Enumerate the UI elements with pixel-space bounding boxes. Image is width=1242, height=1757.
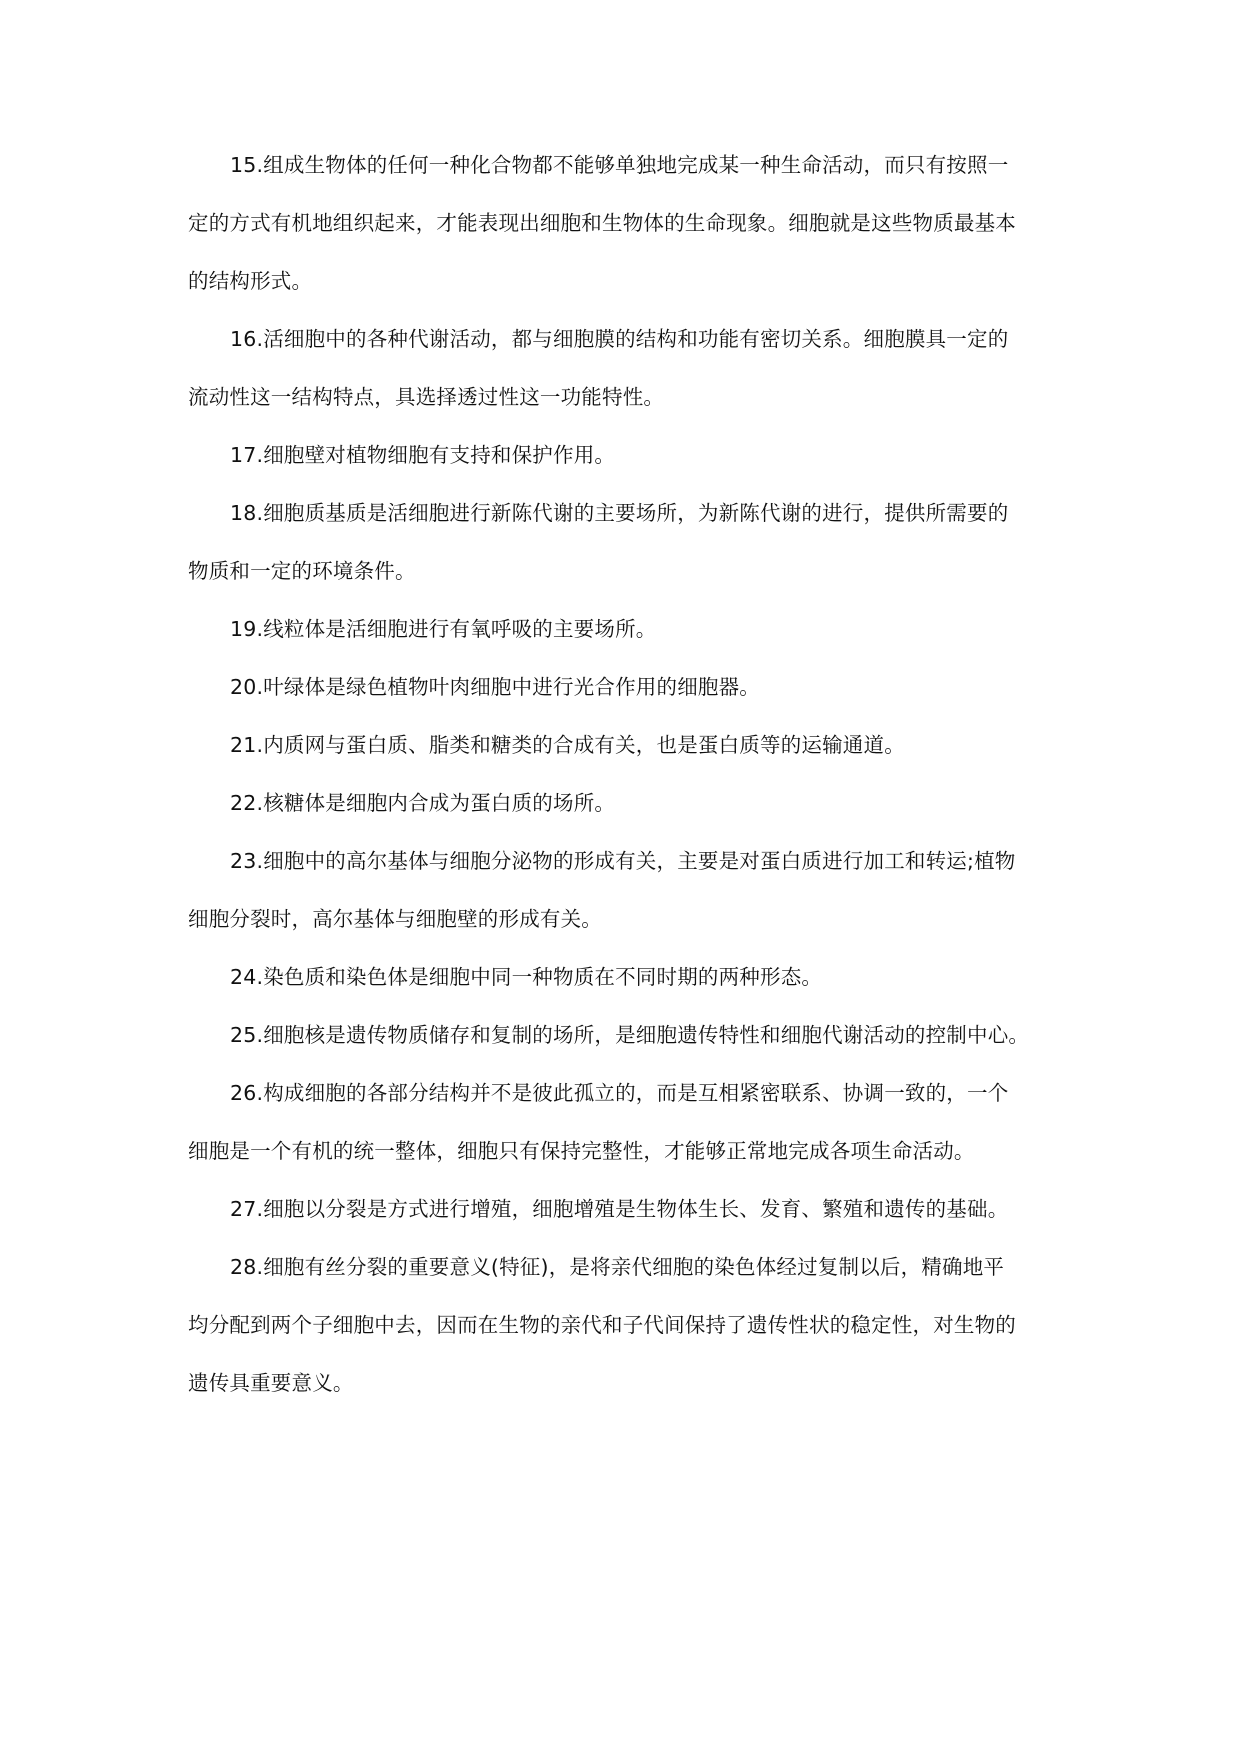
- paragraph-15-line-3: 的结构形式。: [188, 267, 312, 295]
- paragraph-22-line-1: 22.核糖体是细胞内合成为蛋白质的场所。: [230, 789, 615, 817]
- paragraph-24-line-1: 24.染色质和染色体是细胞中同一种物质在不同时期的两种形态。: [230, 963, 822, 991]
- paragraph-28-line-2: 均分配到两个子细胞中去，因而在生物的亲代和子代间保持了遗传性状的稳定性，对生物的: [188, 1311, 1016, 1339]
- paragraph-16-line-2: 流动性这一结构特点，具选择透过性这一功能特性。: [188, 383, 664, 411]
- paragraph-15-line-1: 15.组成生物体的任何一种化合物都不能够单独地完成某一种生命活动，而只有按照一: [230, 151, 1008, 179]
- paragraph-15-line-2: 定的方式有机地组织起来，才能表现出细胞和生物体的生命现象。细胞就是这些物质最基本: [188, 209, 1016, 237]
- paragraph-17-line-1: 17.细胞壁对植物细胞有支持和保护作用。: [230, 441, 615, 469]
- paragraph-19-line-1: 19.线粒体是活细胞进行有氧呼吸的主要场所。: [230, 615, 657, 643]
- paragraph-21-line-1: 21.内质网与蛋白质、脂类和糖类的合成有关，也是蛋白质等的运输通道。: [230, 731, 905, 759]
- paragraph-25-line-1: 25.细胞核是遗传物质储存和复制的场所，是细胞遗传特性和细胞代谢活动的控制中心。: [230, 1021, 1029, 1049]
- paragraph-18-line-2: 物质和一定的环境条件。: [188, 557, 416, 585]
- paragraph-16-line-1: 16.活细胞中的各种代谢活动，都与细胞膜的结构和功能有密切关系。细胞膜具一定的: [230, 325, 1008, 353]
- paragraph-18-line-1: 18.细胞质基质是活细胞进行新陈代谢的主要场所，为新陈代谢的进行，提供所需要的: [230, 499, 1008, 527]
- paragraph-28-line-1: 28.细胞有丝分裂的重要意义(特征)，是将亲代细胞的染色体经过复制以后，精确地平: [230, 1253, 1004, 1281]
- paragraph-27-line-1: 27.细胞以分裂是方式进行增殖，细胞增殖是生物体生长、发育、繁殖和遗传的基础。: [230, 1195, 1008, 1223]
- document-page: 15.组成生物体的任何一种化合物都不能够单独地完成某一种生命活动，而只有按照一 …: [0, 0, 1242, 1757]
- paragraph-23-line-1: 23.细胞中的高尔基体与细胞分泌物的形成有关，主要是对蛋白质进行加工和转运;植物: [230, 847, 1016, 875]
- paragraph-26-line-2: 细胞是一个有机的统一整体，细胞只有保持完整性，才能够正常地完成各项生命活动。: [188, 1137, 975, 1165]
- paragraph-20-line-1: 20.叶绿体是绿色植物叶肉细胞中进行光合作用的细胞器。: [230, 673, 760, 701]
- paragraph-23-line-2: 细胞分裂时，高尔基体与细胞壁的形成有关。: [188, 905, 602, 933]
- paragraph-28-line-3: 遗传具重要意义。: [188, 1369, 354, 1397]
- paragraph-26-line-1: 26.构成细胞的各部分结构并不是彼此孤立的，而是互相紧密联系、协调一致的，一个: [230, 1079, 1008, 1107]
